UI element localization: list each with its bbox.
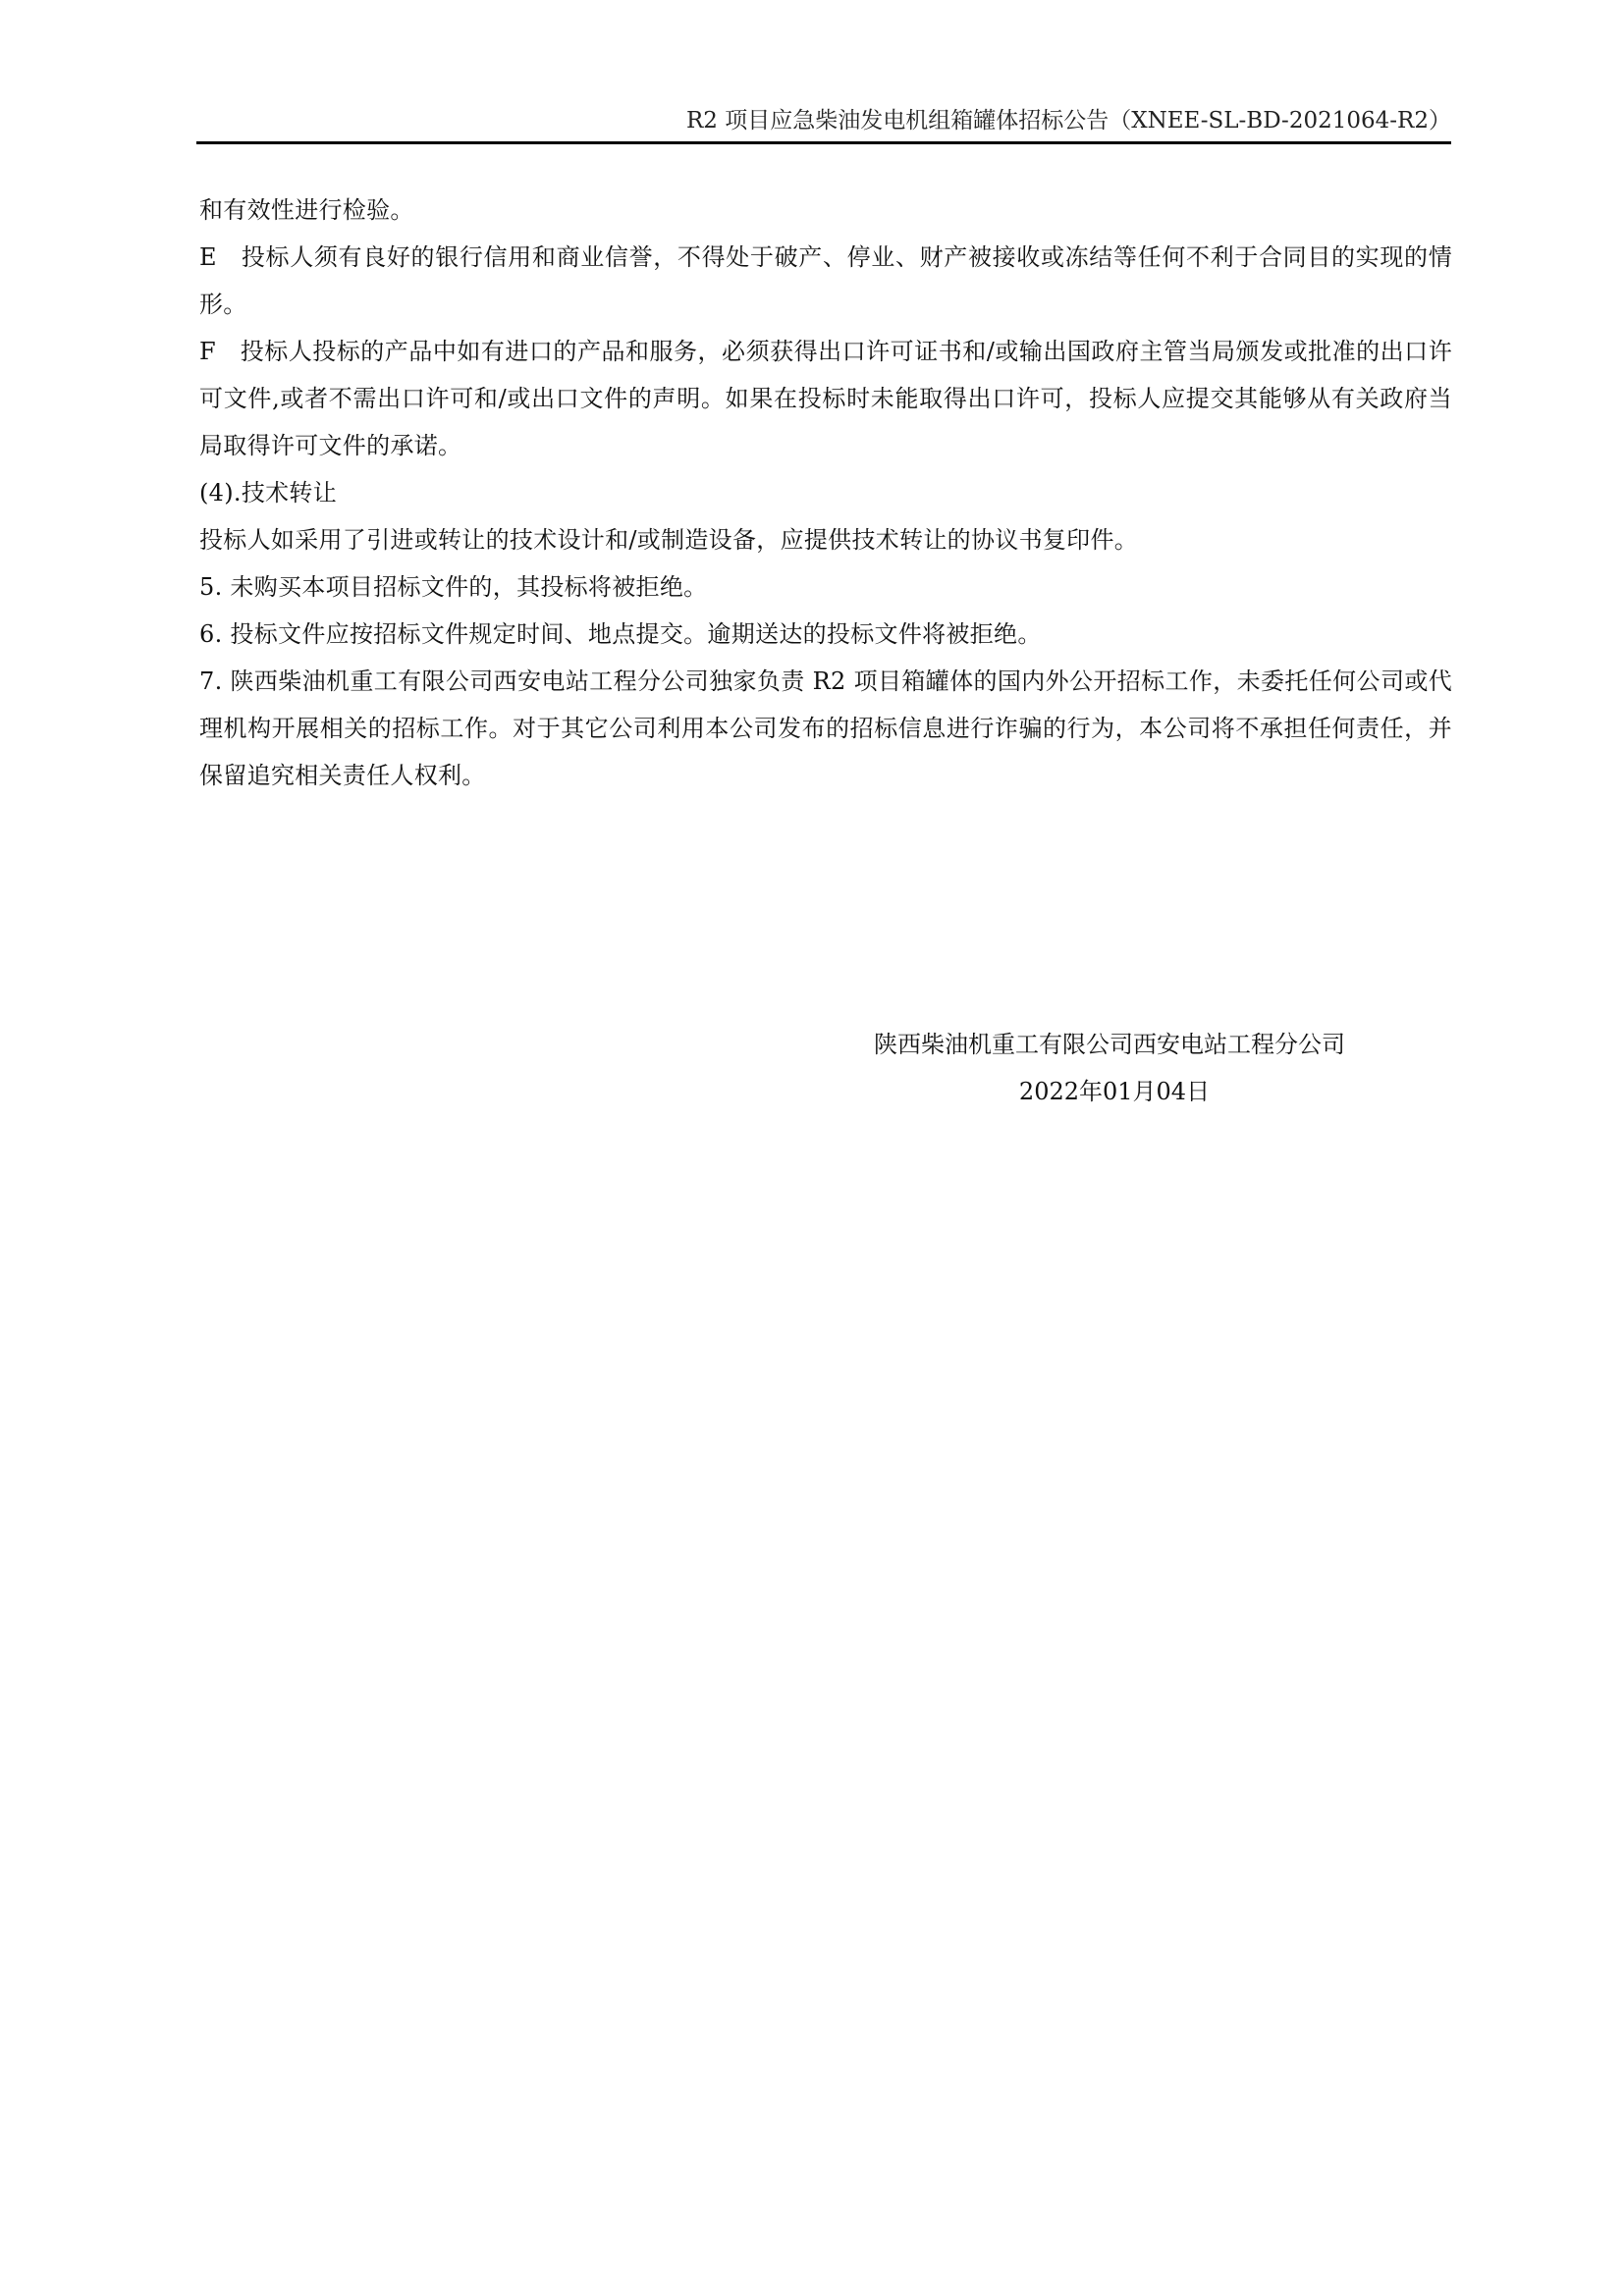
signature-block: 陕西柴油机重工有限公司西安电站工程分公司 2022年01月04日 [815,1021,1404,1115]
paragraph-e-credit: E 投标人须有良好的银行信用和商业信誉，不得处于破产、停业、财产被接收或冻结等任… [199,234,1452,328]
paragraph-tech-transfer: 投标人如采用了引进或转让的技术设计和/或制造设备，应提供技术转让的协议书复印件。 [199,516,1452,563]
document-body: 和有效性进行检验。 E 投标人须有良好的银行信用和商业信誉，不得处于破产、停业、… [199,187,1452,799]
header-divider [196,141,1451,144]
paragraph-f-export: F 投标人投标的产品中如有进口的产品和服务，必须获得出口许可证书和/或输出国政府… [199,328,1452,469]
page-header-title: R2 项目应急柴油发电机组箱罐体招标公告（XNEE-SL-BD-2021064-… [196,106,1451,135]
signature-date: 2022年01月04日 [815,1068,1404,1115]
paragraph-item-7: 7. 陕西柴油机重工有限公司西安电站工程分公司独家负责 R2 项目箱罐体的国内外… [199,658,1452,799]
paragraph-item-6: 6. 投标文件应按招标文件规定时间、地点提交。逾期送达的投标文件将被拒绝。 [199,611,1452,658]
signature-company: 陕西柴油机重工有限公司西安电站工程分公司 [815,1021,1404,1068]
section-heading-tech-transfer: (4).技术转让 [199,469,1452,516]
paragraph-item-5: 5. 未购买本项目招标文件的，其投标将被拒绝。 [199,563,1452,611]
paragraph-validity: 和有效性进行检验。 [199,187,1452,234]
